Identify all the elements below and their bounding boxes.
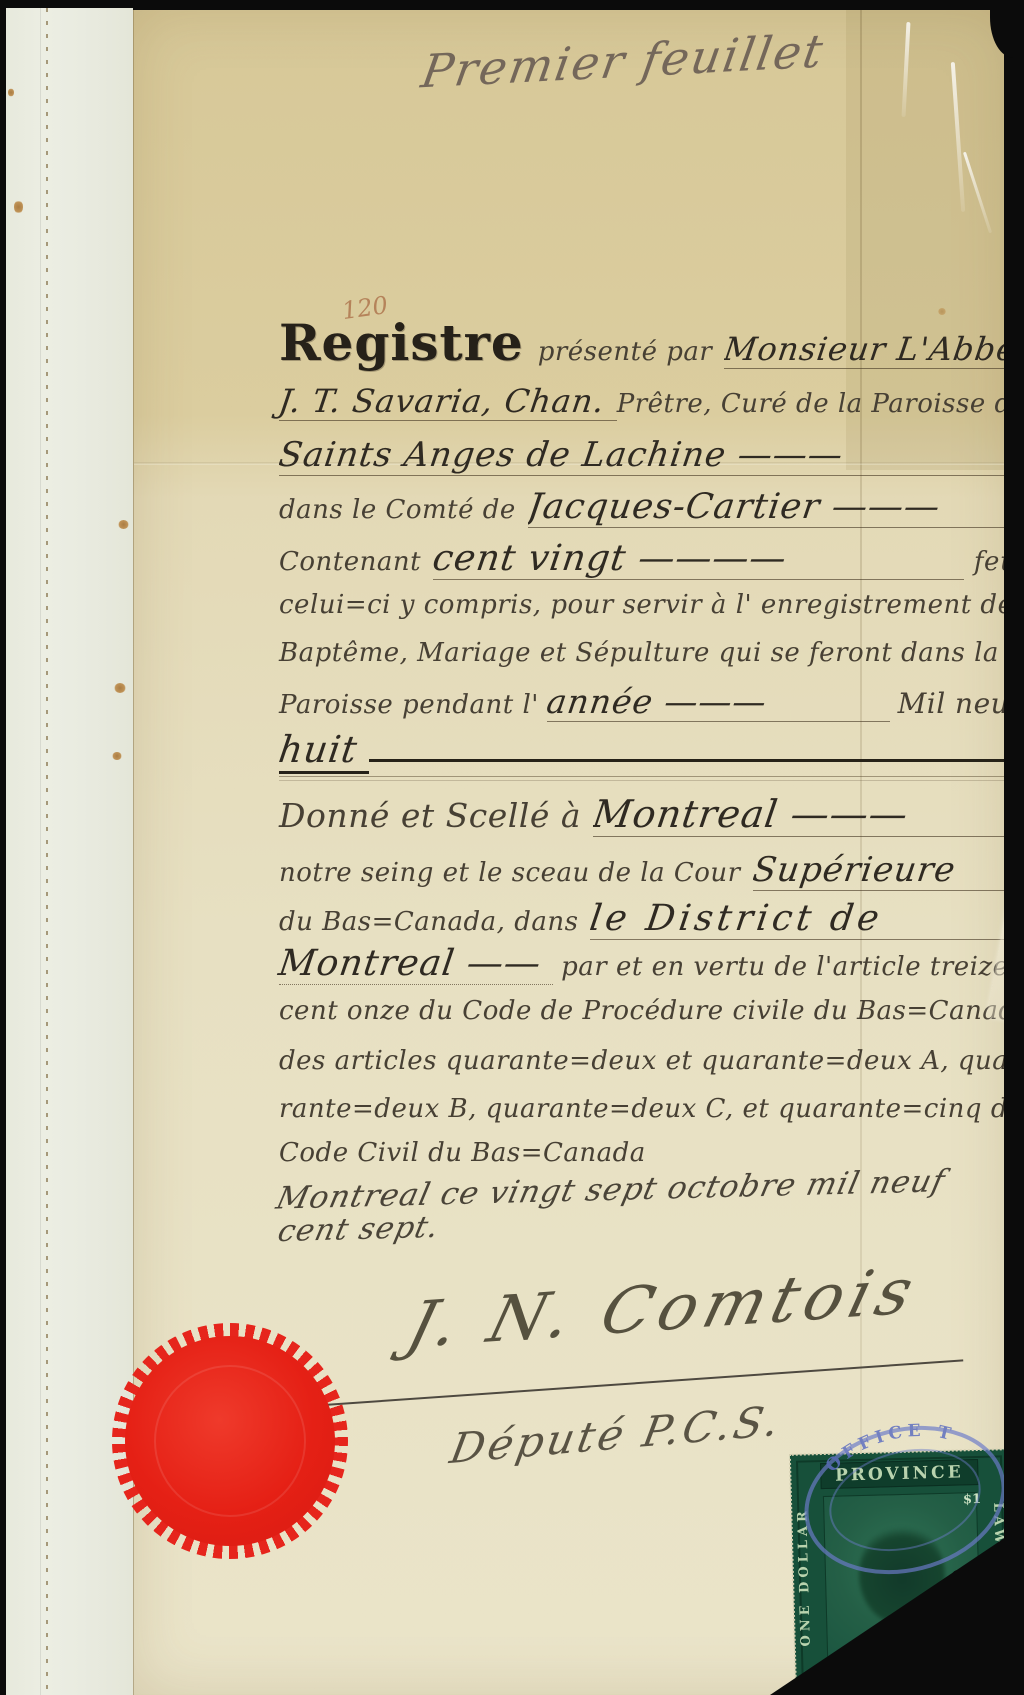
line-district-ville: Montreal —— par et en vertu de l'article… bbox=[279, 943, 1024, 985]
printed-text: du Bas=Canada, dans bbox=[279, 907, 578, 937]
word-registre: Registre bbox=[279, 318, 524, 368]
scan-edge-top bbox=[0, 0, 1024, 8]
stain-spot bbox=[114, 683, 126, 693]
handwritten-district: le District de bbox=[590, 898, 886, 939]
printed-text: Code Civil du Bas=Canada bbox=[279, 1138, 646, 1168]
line-cent-onze: cent onze du Code de Procédure civile du… bbox=[279, 996, 1024, 1026]
stain-spot bbox=[112, 752, 122, 760]
line-registre: Registre présenté par Monsieur L'Abbé bbox=[279, 318, 1024, 369]
stain-spot bbox=[8, 88, 14, 97]
signature-title: Député P.C.S. bbox=[446, 1396, 785, 1473]
oval-stamp-text: OFFICE T bbox=[817, 1408, 962, 1478]
red-wax-seal bbox=[112, 1323, 348, 1559]
stain-spot bbox=[118, 520, 129, 529]
handwritten-presenter: Monsieur L'Abbé bbox=[724, 330, 1019, 368]
stain-spot bbox=[14, 200, 23, 214]
handwritten-ville: Montreal ——— bbox=[593, 792, 911, 836]
printed-rule bbox=[279, 780, 1024, 781]
printed-text: présenté par bbox=[538, 337, 713, 367]
printed-text: Contenant bbox=[279, 547, 421, 577]
seal-embossed-ring bbox=[154, 1365, 306, 1517]
printed-text: des articles quarante=deux et quarante=d… bbox=[279, 1046, 1024, 1076]
header-note: Premier feuillet bbox=[418, 24, 829, 99]
printed-text: dans le Comté de bbox=[279, 495, 516, 525]
svg-text:OFFICE T: OFFICE T bbox=[817, 1408, 962, 1478]
line-paroisse: Saints Anges de Lachine ——— bbox=[279, 435, 1024, 476]
printed-text: Donné et Scellé à bbox=[279, 796, 581, 835]
line-bas-canada: du Bas=Canada, dans le District de bbox=[279, 898, 1024, 940]
printed-rule bbox=[279, 776, 1024, 777]
printed-text: celui=ci y compris, pour servir à l' enr… bbox=[279, 590, 1024, 620]
line-articles-b: rante=deux B, quarante=deux C, et quaran… bbox=[279, 1094, 1024, 1124]
printed-text: par et en vertu de l'article treize bbox=[561, 952, 1008, 982]
handwritten-annee-chiffre: huit bbox=[276, 728, 360, 771]
printed-text: notre seing et le sceau de la Cour bbox=[279, 858, 741, 888]
printed-text: cent onze du Code de Procédure civile du… bbox=[279, 996, 1024, 1026]
handwritten-comte: Jacques-Cartier ——— bbox=[528, 487, 943, 527]
line-bapteme: Baptême, Mariage et Sépulture qui se fer… bbox=[279, 638, 1024, 668]
page-edge-shadow bbox=[40, 8, 41, 1695]
line-seing: notre seing et le sceau de la Cour Supér… bbox=[279, 850, 1024, 891]
stain-spot bbox=[938, 308, 946, 315]
handwritten-cour: Supérieure bbox=[753, 850, 958, 890]
line-huit: huit bbox=[279, 728, 1024, 774]
scan-edge-right bbox=[1004, 0, 1024, 1695]
handwritten-district-ville: Montreal —— bbox=[276, 943, 544, 984]
printed-text: Paroisse pendant l' bbox=[279, 690, 539, 720]
printed-text: rante=deux B, quarante=deux C, et quaran… bbox=[279, 1094, 1024, 1124]
handwritten-date-1: Montreal ce vingt sept octobre mil neuf bbox=[273, 1163, 949, 1216]
line-cure: J. T. Savaria, Chan. Prêtre, Curé de la … bbox=[279, 382, 1024, 421]
line-date-2: cent sept. bbox=[279, 1212, 1024, 1247]
handwritten-nb-feuillets: cent vingt ———— bbox=[433, 538, 789, 579]
line-donne: Donné et Scellé à Montreal ——— sous bbox=[279, 792, 1024, 837]
signature: J. N. Comtois bbox=[400, 1255, 927, 1364]
handwritten-cure-nom: J. T. Savaria, Chan. bbox=[276, 382, 607, 420]
handwritten-annee: année ——— bbox=[547, 682, 769, 721]
line-annee: Paroisse pendant l' année ——— Mil neuf c… bbox=[279, 682, 1024, 722]
printed-text: Baptême, Mariage et Sépulture qui se fer… bbox=[279, 638, 1024, 668]
line-contenant: Contenant cent vingt ———— feuillets, bbox=[279, 538, 1024, 580]
line-date-1: Montreal ce vingt sept octobre mil neuf bbox=[279, 1172, 1024, 1208]
line-celui-ci: celui=ci y compris, pour servir à l' enr… bbox=[279, 590, 1024, 620]
line-articles-a: des articles quarante=deux et quarante=d… bbox=[279, 1046, 1024, 1076]
printed-text: Prêtre, Curé de la Paroisse de bbox=[617, 389, 1024, 419]
line-comte: dans le Comté de Jacques-Cartier ——— bbox=[279, 487, 1024, 528]
handwritten-date-2: cent sept. bbox=[275, 1210, 443, 1249]
handwritten-paroisse: Saints Anges de Lachine ——— bbox=[279, 435, 846, 475]
binding-stitch-seam bbox=[46, 8, 48, 1695]
